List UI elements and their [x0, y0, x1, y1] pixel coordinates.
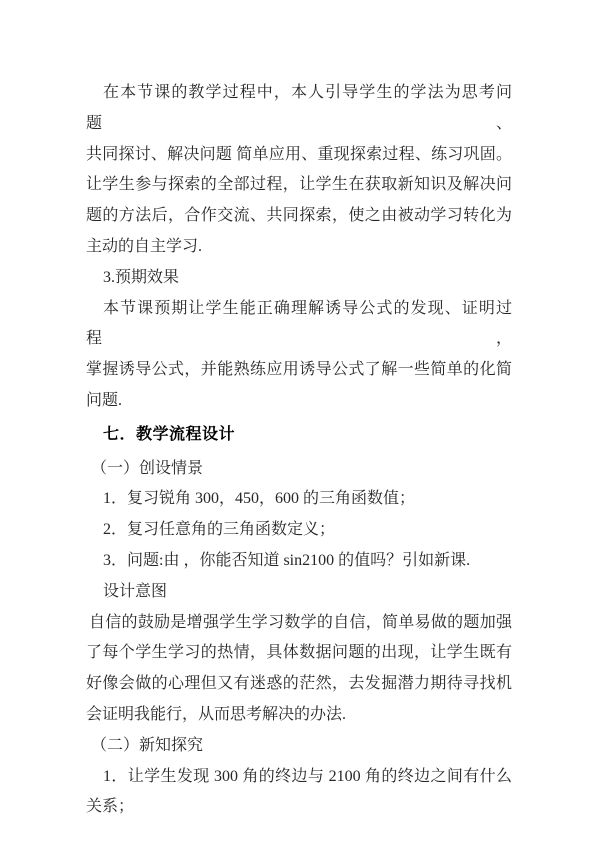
text-line: （一）创设情景 — [86, 454, 512, 485]
text-line: 1．让学生发现 300 角的终边与 2100 角的终边之间有什么 — [86, 762, 512, 793]
text-line: 3.预期效果 — [86, 263, 512, 294]
text-line: 设计意图 — [86, 577, 512, 608]
heading-teaching-process-design: 七．教学流程设计 — [86, 420, 511, 451]
text-line: 共同探讨、解决问题 简单应用、重现探索过程、练习巩固。 — [86, 140, 512, 171]
subheading-design-intent: 设计意图 — [86, 577, 511, 608]
text-line: 3．问题:由 ，你能否知道 sin2100 的值吗？引如新课. — [86, 546, 512, 577]
text-line: 让学生参与探索的全部过程，让学生在获取新知识及解决问 — [86, 170, 512, 201]
text-line: 1．复习锐角 300，450，600 的三角函数值； — [86, 484, 512, 515]
text-line: 关系； — [86, 792, 512, 823]
text-line: 主动的自主学习. — [86, 232, 512, 263]
text-line: 2．复习任意角的三角函数定义； — [86, 515, 512, 546]
para-expected-effect: 本节课预期让学生能正确理解诱导公式的发现、证明过程， 掌握诱导公式，并能熟练应用… — [86, 294, 511, 417]
text-line: 会证明我能行，从而思考解决的办法. — [86, 700, 512, 731]
text-line: 题的方法后，合作交流、共同探索，使之由被动学习转化为 — [86, 201, 512, 232]
document-page: 在本节课的教学过程中，本人引导学生的学法为思考问题、 共同探讨、解决问题 简单应… — [0, 0, 595, 842]
subheading-scenario-creation: （一）创设情景 — [86, 454, 511, 485]
text-line: 掌握诱导公式，并能熟练应用诱导公式了解一些简单的化简 — [86, 355, 512, 386]
list-item-question-sin210: 3．问题:由 ，你能否知道 sin2100 的值吗？引如新课. — [86, 546, 511, 577]
text-line: 七．教学流程设计 — [86, 420, 512, 451]
text-line: （二）新知探究 — [86, 731, 512, 762]
list-item-review-acute-angles: 1．复习锐角 300，450，600 的三角函数值； — [86, 484, 511, 515]
subheading-new-knowledge-exploration: （二）新知探究 — [86, 731, 511, 762]
subheading-expected-effect: 3.预期效果 — [86, 263, 511, 294]
list-item-terminal-side-relation: 1．让学生发现 300 角的终边与 2100 角的终边之间有什么 关系； — [86, 762, 511, 824]
text-line: 本节课预期让学生能正确理解诱导公式的发现、证明过程， — [86, 294, 512, 356]
para-design-intent: 自信的鼓励是增强学生学习数学的自信，简单易做的题加强 了每个学生学习的热情，具体… — [86, 608, 511, 731]
list-item-review-trig-definition: 2．复习任意角的三角函数定义； — [86, 515, 511, 546]
text-line: 了每个学生学习的热情，具体数据问题的出现，让学生既有 — [86, 638, 512, 669]
text-line: 在本节课的教学过程中，本人引导学生的学法为思考问题、 — [86, 78, 512, 140]
text-line: 好像会做的心理但又有迷惑的茫然，去发掘潜力期待寻找机 — [86, 669, 512, 700]
para-study-methods: 在本节课的教学过程中，本人引导学生的学法为思考问题、 共同探讨、解决问题 简单应… — [86, 78, 511, 263]
text-line: 问题. — [86, 386, 512, 417]
text-line: 自信的鼓励是增强学生学习数学的自信，简单易做的题加强 — [86, 608, 512, 639]
